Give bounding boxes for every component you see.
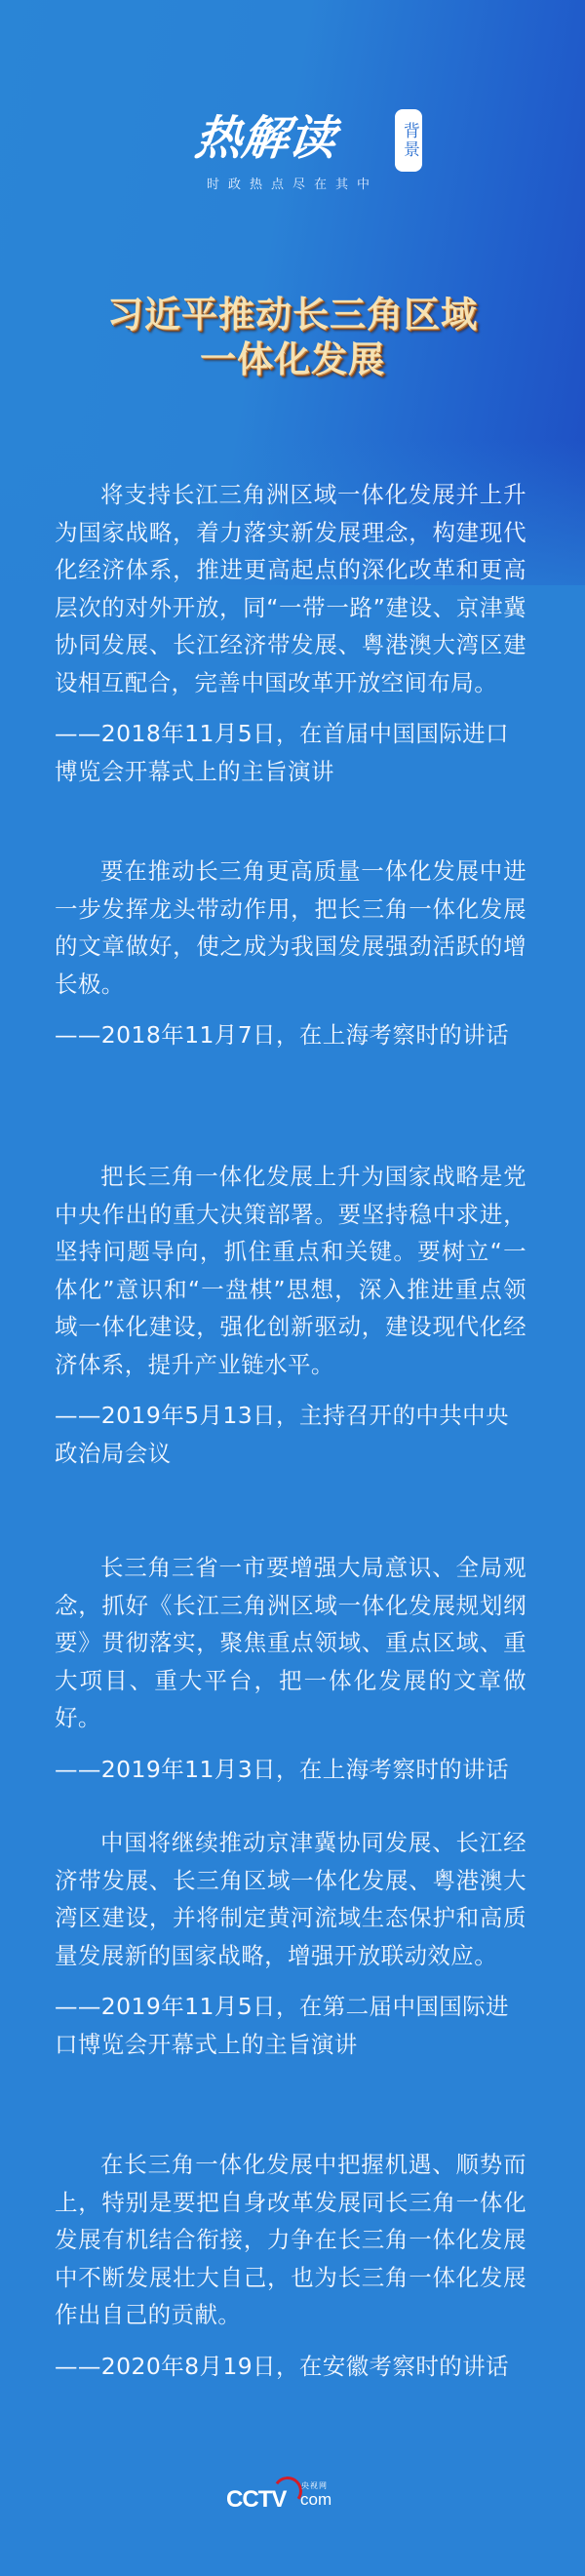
quote-source: ——2018年11月7日，在上海考察时的讲话: [55, 1016, 526, 1054]
quote-item: 要在推动长三角更高质量一体化发展中进一步发挥龙头带动作用，把长三角一体化发展的文…: [55, 852, 526, 1150]
quote-item: 中国将继续推动京津冀协同发展、长江经济带发展、长三角区域一体化发展、粤港澳大湾区…: [55, 1824, 526, 2146]
title-line-2: 一体化发展: [0, 337, 585, 382]
quote-item: 将支持长江三角洲区域一体化发展并上升为国家战略，着力落实新发展理念，构建现代化经…: [55, 476, 526, 800]
brand-tag-badge: 背景: [395, 109, 422, 172]
brand-subtitle: 时政热点尽在其中: [195, 174, 390, 192]
quote-source: ——2018年11月5日，在首届中国国际进口博览会开幕式上的主旨演讲: [55, 715, 526, 790]
title-line-1: 习近平推动长三角区域: [0, 293, 585, 337]
quote-body: 要在推动长三角更高质量一体化发展中进一步发挥龙头带动作用，把长三角一体化发展的文…: [55, 852, 526, 1003]
quote-body: 长三角三省一市要增强大局意识、全局观念，抓好《长江三角洲区域一体化发展规划纲要》…: [55, 1549, 526, 1737]
quote-body: 在长三角一体化发展中把握机遇、顺势而上，特别是要把自身改革发展同长三角一体化发展…: [55, 2146, 526, 2334]
quote-item: 长三角三省一市要增强大局意识、全局观念，抓好《长江三角洲区域一体化发展规划纲要》…: [55, 1549, 526, 1818]
quote-list: 将支持长江三角洲区域一体化发展并上升为国家战略，着力落实新发展理念，构建现代化经…: [55, 476, 526, 2385]
page-title: 习近平推动长三角区域 一体化发展: [0, 293, 585, 382]
quote-source: ——2020年8月19日，在安徽考察时的讲话: [55, 2348, 526, 2386]
quote-body: 中国将继续推动京津冀协同发展、长江经济带发展、长三角区域一体化发展、粤港澳大湾区…: [55, 1824, 526, 1974]
quote-item: 在长三角一体化发展中把握机遇、顺势而上，特别是要把自身改革发展同长三角一体化发展…: [55, 2146, 526, 2385]
cctv-domain-label: com: [300, 2490, 331, 2510]
quote-source: ——2019年5月13日，主持召开的中共中央政治局会议: [55, 1397, 526, 1472]
quote-body: 将支持长江三角洲区域一体化发展并上升为国家战略，着力落实新发展理念，构建现代化经…: [55, 476, 526, 701]
quote-source: ——2019年11月5日，在第二届中国国际进口博览会开幕式上的主旨演讲: [55, 1988, 526, 2063]
page: 热解读 背景 时政热点尽在其中 习近平推动长三角区域 一体化发展 将支持长江三角…: [0, 0, 585, 2576]
quote-body: 把长三角一体化发展上升为国家战略是党中央作出的重大决策部署。要坚持稳中求进，坚持…: [55, 1158, 526, 1383]
cctv-logo: CCTV 央视网 com: [226, 2477, 343, 2516]
brand-title: 热解读: [192, 115, 337, 162]
quote-item: 把长三角一体化发展上升为国家战略是党中央作出的重大决策部署。要坚持稳中求进，坚持…: [55, 1158, 526, 1543]
brand-header: 热解读 背景 时政热点尽在其中: [0, 98, 585, 205]
quote-source: ——2019年11月3日，在上海考察时的讲话: [55, 1751, 526, 1789]
